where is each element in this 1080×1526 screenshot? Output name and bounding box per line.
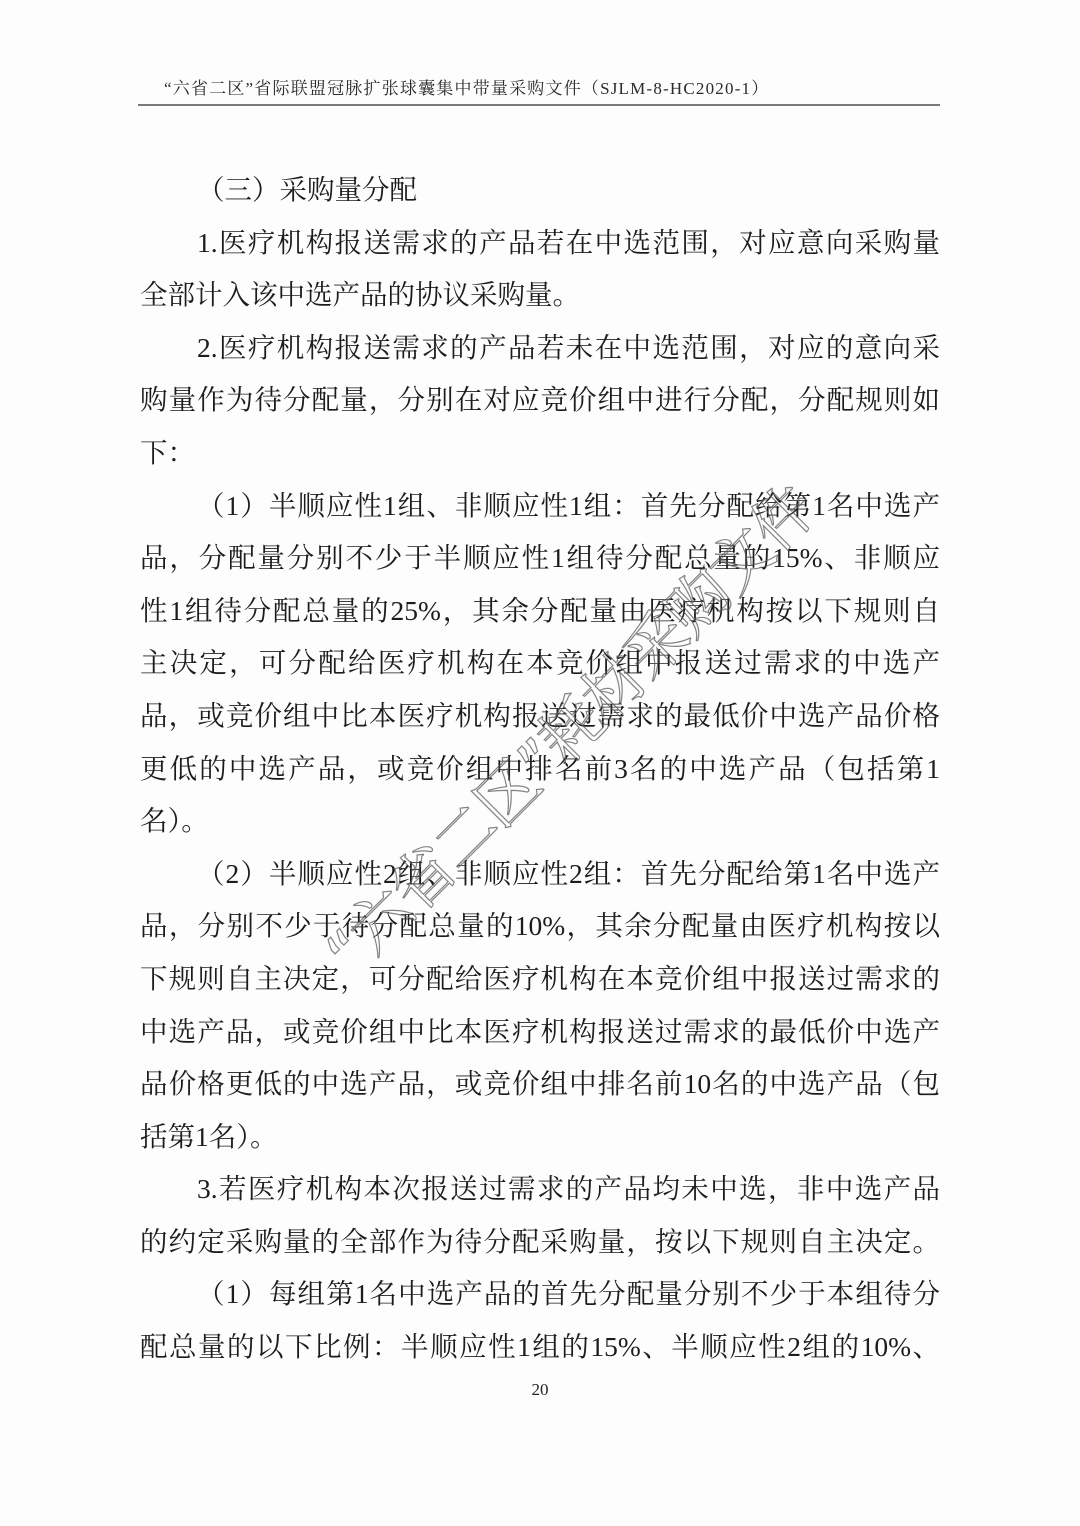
header-title: “六省二区”省际联盟冠脉扩张球囊集中带量采购文件（SJLM-8-HC2020-1… [164, 74, 769, 99]
paragraph-line: 下： [140, 427, 940, 480]
page-header: “六省二区”省际联盟冠脉扩张球囊集中带量采购文件（SJLM-8-HC2020-1… [138, 68, 940, 106]
paragraph-line: （2）半顺应性2组、非顺应性2组：首先分配给第1名中选产 [140, 848, 940, 901]
section-heading: （三）采购量分配 [140, 164, 940, 217]
paragraph-line: 品价格更低的中选产品，或竞价组中排名前10名的中选产品（包 [140, 1058, 940, 1111]
paragraph-line: 中选产品，或竞价组中比本医疗机构报送过需求的最低价中选产 [140, 1006, 940, 1059]
paragraph-line: 的约定采购量的全部作为待分配采购量，按以下规则自主决定。 [140, 1216, 940, 1269]
paragraph-line: （1）每组第1名中选产品的首先分配量分别不少于本组待分 [140, 1268, 940, 1321]
paragraph-line: 名）。 [140, 795, 940, 848]
paragraph-line: 配总量的以下比例：半顺应性1组的15%、半顺应性2组的10%、 [140, 1321, 940, 1374]
paragraph-line: 2.医疗机构报送需求的产品若未在中选范围，对应的意向采 [140, 322, 940, 375]
paragraph-line: 品，或竞价组中比本医疗机构报送过需求的最低价中选产品价格 [140, 690, 940, 743]
page-number: 20 [0, 1380, 1080, 1400]
document-page: “六省二区”省际联盟冠脉扩张球囊集中带量采购文件（SJLM-8-HC2020-1… [0, 0, 1080, 1526]
paragraph-line: 下规则自主决定，可分配给医疗机构在本竞价组中报送过需求的 [140, 953, 940, 1006]
paragraph-line: 主决定，可分配给医疗机构在本竞价组中报送过需求的中选产 [140, 637, 940, 690]
header-divider [138, 104, 940, 106]
paragraph-line: 全部计入该中选产品的协议采购量。 [140, 269, 940, 322]
paragraph-line: 更低的中选产品，或竞价组中排名前3名的中选产品（包括第1 [140, 743, 940, 796]
document-body: （三）采购量分配 1.医疗机构报送需求的产品若在中选范围，对应意向采购量 全部计… [140, 164, 940, 1374]
paragraph-line: 品，分配量分别不少于半顺应性1组待分配总量的15%、非顺应 [140, 532, 940, 585]
paragraph-line: 3.若医疗机构本次报送过需求的产品均未中选，非中选产品 [140, 1163, 940, 1216]
paragraph-line: 性1组待分配总量的25%，其余分配量由医疗机构按以下规则自 [140, 585, 940, 638]
paragraph-line: （1）半顺应性1组、非顺应性1组：首先分配给第1名中选产 [140, 480, 940, 533]
paragraph-line: 1.医疗机构报送需求的产品若在中选范围，对应意向采购量 [140, 217, 940, 270]
paragraph-line: 购量作为待分配量，分别在对应竞价组中进行分配，分配规则如 [140, 374, 940, 427]
paragraph-line: 品，分别不少于待分配总量的10%，其余分配量由医疗机构按以 [140, 900, 940, 953]
paragraph-line: 括第1名）。 [140, 1111, 940, 1164]
